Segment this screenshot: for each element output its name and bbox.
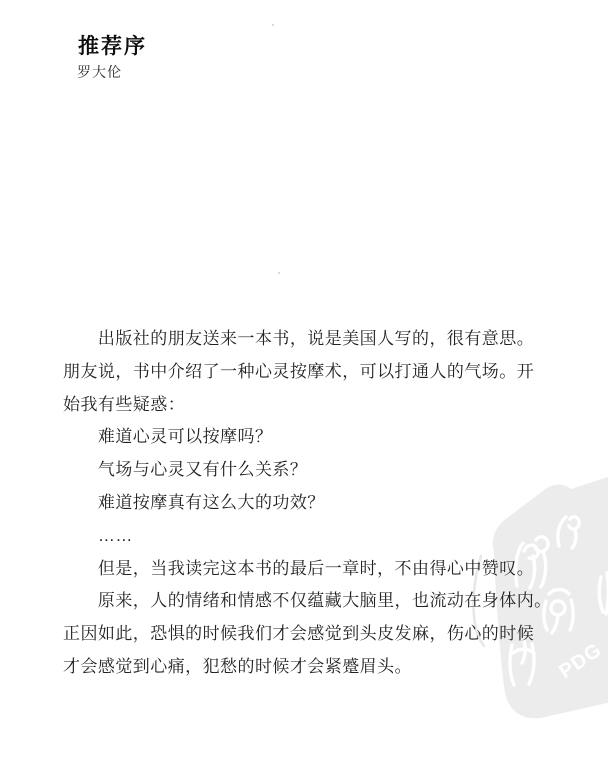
body-text-line: 原来，人的情绪和情感不仅蕴藏大脑里，也流动在身体内。 bbox=[63, 585, 545, 618]
author-name: 罗大伦 bbox=[77, 65, 122, 79]
body-text-line: 但是，当我读完这本书的最后一章时，不由得心中赞叹。 bbox=[63, 553, 545, 586]
scan-noise-dot bbox=[278, 272, 280, 274]
body-text-line: 难道心灵可以按摩吗？ bbox=[63, 421, 545, 454]
body-text-line: 始我有些疑惑： bbox=[63, 389, 545, 422]
body-text-line: …… bbox=[63, 520, 545, 553]
scan-noise-dot bbox=[272, 24, 274, 26]
scanned-book-page: PDG 推荐序 罗大伦 出版社的朋友送来一本书，说是美国人写的，很有意思。 朋友… bbox=[0, 0, 608, 765]
body-text: 出版社的朋友送来一本书，说是美国人写的，很有意思。 朋友说，书中介绍了一种心灵按… bbox=[63, 323, 545, 684]
body-text-line: 难道按摩真有这么大的功效？ bbox=[63, 487, 545, 520]
body-text-line: 正因如此，恐惧的时候我们才会感觉到头皮发麻，伤心的时候 bbox=[63, 618, 545, 651]
body-text-line: 出版社的朋友送来一本书，说是美国人写的，很有意思。 bbox=[63, 323, 545, 356]
page-title: 推荐序 bbox=[78, 36, 147, 57]
body-text-line: 朋友说，书中介绍了一种心灵按摩术，可以打通人的气场。开 bbox=[63, 356, 545, 389]
watermark-pdg-label: PDG bbox=[555, 639, 606, 683]
body-text-line: 才会感觉到心痛，犯愁的时候才会紧蹙眉头。 bbox=[63, 651, 545, 684]
body-text-line: 气场与心灵又有什么关系？ bbox=[63, 454, 545, 487]
